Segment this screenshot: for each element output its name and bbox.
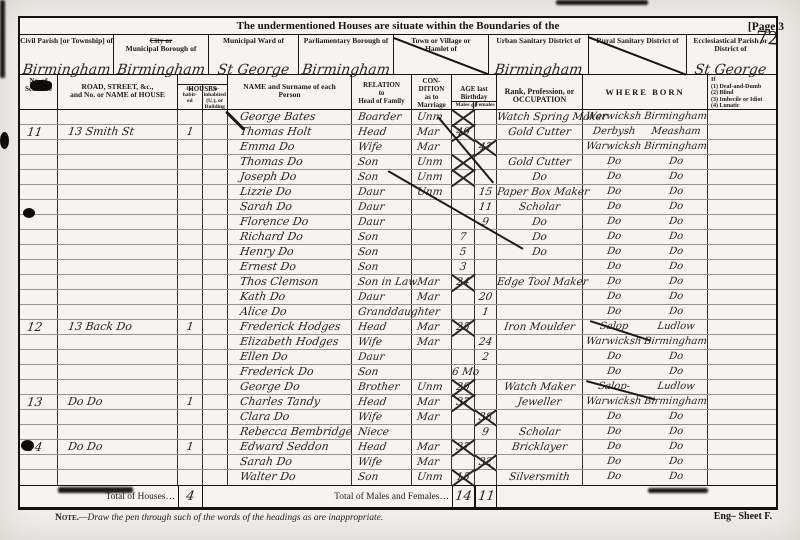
- cell-rel: Head: [352, 440, 412, 454]
- cell-rel: Head: [352, 125, 412, 139]
- cell-occ: [497, 335, 583, 349]
- col-age-header: AGE last Birthday of Males Females: [452, 75, 497, 109]
- cell-name: Charles Tandy: [228, 395, 352, 409]
- cell-road: [58, 425, 178, 439]
- cell-inhab: [178, 365, 203, 379]
- cell-rel: Boarder: [352, 110, 412, 124]
- municipal-ward-label: Municipal Ward of: [209, 37, 298, 45]
- cell-cond: Unm: [412, 155, 452, 169]
- cell-rel: Head: [352, 320, 412, 334]
- cell-agem: 6 Mo: [452, 365, 475, 379]
- cell-inf: [708, 230, 774, 244]
- ink-blot-schedule-header: [30, 80, 52, 91]
- cell-cond: [412, 350, 452, 364]
- footer-note-prefix: Note.: [55, 513, 79, 523]
- col-relation-header: RELATION to Head of Family: [352, 75, 412, 109]
- cell-cond: [412, 365, 452, 379]
- cell-name: George Do: [228, 380, 352, 394]
- cell-born: DoDo: [583, 185, 708, 199]
- cell-agem: 20: [452, 380, 475, 394]
- cell-agem: [452, 290, 475, 304]
- table-row: Rebecca BembridgeNiece9ScholarDoDo: [20, 425, 776, 440]
- cell-cond: Mar: [412, 410, 452, 424]
- cell-born: Salop-Ludlow: [583, 380, 708, 394]
- col-inhabited-header: In- habit- ed: [178, 84, 203, 109]
- cell-agem: 37: [452, 395, 475, 409]
- cell-occ: Bricklayer: [497, 440, 583, 454]
- cell-occ: Gold Cutter: [497, 155, 583, 169]
- table-row: Ernest DoSon3DoDo: [20, 260, 776, 275]
- cell-name: Frederick Do: [228, 365, 352, 379]
- cell-born: DoDo: [583, 275, 708, 289]
- ink-edge-bar: [0, 0, 5, 78]
- cell-agem: [452, 110, 475, 124]
- cell-name: Ellen Do: [228, 350, 352, 364]
- cell-agef: 24: [475, 335, 497, 349]
- cell-sched: 12: [20, 320, 58, 334]
- cell-agef: [475, 395, 497, 409]
- table-row: Sarah DoDaur11ScholarDoDo: [20, 200, 776, 215]
- table-row: Alice DoGranddaughter1DoDo: [20, 305, 776, 320]
- cell-road: [58, 305, 178, 319]
- cell-inhab: 1: [178, 320, 203, 334]
- table-row: George BatesBoarderUnmWatch Spring Maker…: [20, 110, 776, 125]
- cell-name: Thomas Holt: [228, 125, 352, 139]
- cell-occ: [497, 410, 583, 424]
- cell-name: Thomas Do: [228, 155, 352, 169]
- cell-occ: [497, 365, 583, 379]
- cell-agef: [475, 440, 497, 454]
- cell-agef: 47: [475, 140, 497, 154]
- cell-cond: Mar: [412, 455, 452, 469]
- cell-uninhab: [203, 215, 228, 229]
- cell-agem: [452, 185, 475, 199]
- rural-sanitary-label: Rural Sanitary District of: [589, 37, 686, 45]
- cell-sched: [20, 170, 58, 184]
- cell-born: DoDo: [583, 305, 708, 319]
- cell-agem: [452, 170, 475, 184]
- cell-cond: [412, 305, 452, 319]
- cell-born: DoDo: [583, 350, 708, 364]
- cell-sched: [20, 155, 58, 169]
- cell-road: [58, 275, 178, 289]
- table-row: George DoBrotherUnm20Watch MakerSalop-Lu…: [20, 380, 776, 395]
- cell-occ: [497, 290, 583, 304]
- ink-smudge: [58, 487, 133, 493]
- cell-occ: Scholar: [497, 200, 583, 214]
- cell-agef: [475, 110, 497, 124]
- cell-born: SalopLudlow: [583, 320, 708, 334]
- cell-name: Lizzie Do: [228, 185, 352, 199]
- cell-uninhab: [203, 305, 228, 319]
- cell-agem: [452, 410, 475, 424]
- cell-born: DerbyshMeasham: [583, 125, 708, 139]
- cell-inhab: [178, 230, 203, 244]
- cell-agem: 24: [452, 275, 475, 289]
- cell-inf: [708, 125, 774, 139]
- total-houses-value: 4: [178, 486, 203, 507]
- cell-cond: Unm: [412, 110, 452, 124]
- table-row: Clara DoWifeMar38DoDo: [20, 410, 776, 425]
- table-row: Lizzie DoDaurUnm15Paper Box MakerDoDo: [20, 185, 776, 200]
- cell-cond: Mar: [412, 440, 452, 454]
- cell-occ: Watch Spring Maker: [497, 110, 583, 124]
- table-body: George BatesBoarderUnmWatch Spring Maker…: [20, 110, 776, 485]
- cell-inf: [708, 410, 774, 424]
- table-row: 13Do Do1Charles TandyHeadMar37JewellerWa…: [20, 395, 776, 410]
- census-form: The undermentioned Houses are situate wi…: [18, 16, 778, 510]
- cell-cond: Mar: [412, 275, 452, 289]
- ink-blot: [23, 208, 35, 218]
- cell-sched: [20, 305, 58, 319]
- table-row: 14Do Do1Edward SeddonHeadMar37Bricklayer…: [20, 440, 776, 455]
- cell-sched: [20, 230, 58, 244]
- cell-road: [58, 140, 178, 154]
- cell-born: DoDo: [583, 425, 708, 439]
- cell-rel: Brother: [352, 380, 412, 394]
- cell-inf: [708, 260, 774, 274]
- town-hamlet-cell: Town or Village or Hamlet of: [394, 35, 489, 74]
- cell-inf: [708, 470, 774, 485]
- cell-road: 13 Smith St: [58, 125, 178, 139]
- cell-uninhab: [203, 245, 228, 259]
- civil-parish-label: Civil Parish [or Township] of: [20, 37, 113, 45]
- parliamentary-borough-label: Parliamentary Borough of: [299, 37, 393, 45]
- col-name-header: NAME and Surname of each Person: [228, 75, 352, 109]
- cell-name: Henry Do: [228, 245, 352, 259]
- cell-born: DoDo: [583, 290, 708, 304]
- urban-sanitary-cell: Urban Sanitary District of Birmingham: [489, 35, 589, 74]
- cell-inhab: [178, 380, 203, 394]
- cell-born: DoDo: [583, 365, 708, 379]
- total-persons-label: Total of Males and Females…: [228, 486, 452, 507]
- cell-road: [58, 455, 178, 469]
- cell-cond: Mar: [412, 320, 452, 334]
- cell-inhab: [178, 260, 203, 274]
- cell-inhab: [178, 170, 203, 184]
- census-scan-page: The undermentioned Houses are situate wi…: [0, 0, 800, 540]
- urban-sanitary-label: Urban Sanitary District of: [489, 37, 588, 45]
- cell-occ: Paper Box Maker: [497, 185, 583, 199]
- cell-cond: Mar: [412, 335, 452, 349]
- cell-cond: [412, 200, 452, 214]
- cell-uninhab: [203, 455, 228, 469]
- cell-agef: [475, 275, 497, 289]
- cell-rel: Niece: [352, 425, 412, 439]
- cell-agem: 7: [452, 230, 475, 244]
- cell-road: [58, 365, 178, 379]
- cell-uninhab: [203, 350, 228, 364]
- cell-inhab: [178, 140, 203, 154]
- cell-name: Kath Do: [228, 290, 352, 304]
- cell-sched: 11: [20, 125, 58, 139]
- cell-agem: [452, 335, 475, 349]
- cell-sched: 13: [20, 395, 58, 409]
- table-row: Thomas DoSonUnmGold CutterDoDo: [20, 155, 776, 170]
- cell-born: DoDo: [583, 455, 708, 469]
- cell-cond: Unm: [412, 380, 452, 394]
- table-header-row: No. of Schedule ROAD, STREET, &c., and N…: [20, 75, 776, 110]
- cell-uninhab: [203, 470, 228, 485]
- cell-sched: [20, 245, 58, 259]
- cell-occ: [497, 455, 583, 469]
- table-row: Thos ClemsonSon in LawMar24Edge Tool Mak…: [20, 275, 776, 290]
- cell-cond: Mar: [412, 140, 452, 154]
- cell-agef: [475, 380, 497, 394]
- cell-name: Sarah Do: [228, 455, 352, 469]
- footer-note: Note.—Draw the pen through such of the w…: [55, 513, 383, 523]
- cell-occ: Silversmith: [497, 470, 583, 485]
- cell-rel: Son: [352, 230, 412, 244]
- cell-cond: [412, 230, 452, 244]
- cell-occ: Edge Tool Maker: [497, 275, 583, 289]
- cell-sched: [20, 455, 58, 469]
- cell-rel: Daur: [352, 200, 412, 214]
- form-title-bar: The undermentioned Houses are situate wi…: [20, 18, 776, 35]
- cell-uninhab: [203, 200, 228, 214]
- cell-inhab: [178, 275, 203, 289]
- cell-inhab: [178, 245, 203, 259]
- cell-inf: [708, 380, 774, 394]
- cell-rel: Wife: [352, 140, 412, 154]
- cell-agef: [475, 125, 497, 139]
- district-header-row: Civil Parish [or Township] of Birmingham…: [20, 35, 776, 75]
- cell-name: George Bates: [228, 110, 352, 124]
- cell-sched: [20, 185, 58, 199]
- cell-sched: [20, 290, 58, 304]
- ink-blot: [0, 132, 9, 149]
- cell-agef: 1: [475, 305, 497, 319]
- cell-sched: [20, 425, 58, 439]
- cell-agem: [452, 305, 475, 319]
- cell-inhab: [178, 470, 203, 485]
- cell-born: DoDo: [583, 215, 708, 229]
- parliamentary-borough-cell: Parliamentary Borough of Birmingham: [299, 35, 394, 74]
- cell-sched: [20, 140, 58, 154]
- cell-uninhab: [203, 380, 228, 394]
- col-males-header: Males: [452, 101, 474, 109]
- table-row: Ellen DoDaur2DoDo: [20, 350, 776, 365]
- cell-inf: [708, 395, 774, 409]
- total-males-value: 14: [452, 486, 475, 507]
- cell-inhab: [178, 110, 203, 124]
- col-born-header: WHERE BORN: [583, 75, 708, 109]
- cell-rel: Wife: [352, 455, 412, 469]
- cell-cond: [412, 260, 452, 274]
- cell-occ: Do: [497, 245, 583, 259]
- cell-uninhab: [203, 230, 228, 244]
- cell-uninhab: [203, 425, 228, 439]
- margin-folio-number: 72: [755, 27, 779, 49]
- cell-sched: [20, 275, 58, 289]
- cell-name: Sarah Do: [228, 200, 352, 214]
- cell-inhab: [178, 290, 203, 304]
- cell-rel: Son: [352, 170, 412, 184]
- cell-agem: 37: [452, 440, 475, 454]
- municipal-ward-cell: Municipal Ward of St George: [209, 35, 299, 74]
- col-occupation-header: Rank, Profession, or OCCUPATION: [497, 75, 583, 109]
- cell-inhab: 1: [178, 125, 203, 139]
- col-infirmity-header: If (1) Deaf-and-Dumb (2) Blind (3) Imbec…: [708, 75, 774, 109]
- cell-inf: [708, 305, 774, 319]
- cell-name: Elizabeth Hodges: [228, 335, 352, 349]
- cell-born: DoDo: [583, 200, 708, 214]
- municipal-borough-cell: City orMunicipal Borough of Birmingham: [114, 35, 209, 74]
- cell-road: [58, 170, 178, 184]
- cell-name: Rebecca Bembridge: [228, 425, 352, 439]
- cell-occ: [497, 305, 583, 319]
- cell-rel: Son in Law: [352, 275, 412, 289]
- cell-agem: [452, 200, 475, 214]
- cell-uninhab: [203, 140, 228, 154]
- cell-agem: [452, 425, 475, 439]
- cell-born: DoDo: [583, 260, 708, 274]
- cell-road: 13 Back Do: [58, 320, 178, 334]
- cell-road: [58, 470, 178, 485]
- cell-agef: 15: [475, 185, 497, 199]
- town-hamlet-label: Town or Village or Hamlet of: [394, 37, 488, 53]
- cell-agem: 15: [452, 470, 475, 485]
- cell-uninhab: [203, 440, 228, 454]
- cell-sched: [20, 410, 58, 424]
- cell-agef: [475, 365, 497, 379]
- cell-inhab: 1: [178, 395, 203, 409]
- cell-road: [58, 335, 178, 349]
- cell-road: [58, 110, 178, 124]
- cell-inhab: 1: [178, 440, 203, 454]
- cell-inf: [708, 110, 774, 124]
- table-row: Kath DoDaurMar20DoDo: [20, 290, 776, 305]
- cell-rel: Daur: [352, 185, 412, 199]
- cell-inf: [708, 335, 774, 349]
- cell-agem: [452, 350, 475, 364]
- cell-agef: 2: [475, 350, 497, 364]
- cell-cond: Unm: [412, 170, 452, 184]
- cell-name: Joseph Do: [228, 170, 352, 184]
- cell-rel: Son: [352, 365, 412, 379]
- cell-uninhab: [203, 170, 228, 184]
- cell-road: Do Do: [58, 440, 178, 454]
- cell-agef: [475, 320, 497, 334]
- form-title: The undermentioned Houses are situate wi…: [237, 20, 560, 32]
- cell-agef: [475, 260, 497, 274]
- cell-occ: [497, 350, 583, 364]
- cell-occ: Jeweller: [497, 395, 583, 409]
- table-row: Emma DoWifeMar47WarwickshBirmingham: [20, 140, 776, 155]
- cell-agef: [475, 245, 497, 259]
- table-row: 1113 Smith St1Thomas HoltHeadMar49Gold C…: [20, 125, 776, 140]
- cell-uninhab: [203, 260, 228, 274]
- cell-cond: Mar: [412, 395, 452, 409]
- cell-born: DoDo: [583, 410, 708, 424]
- table-row: Walter DoSonUnm15SilversmithDoDo: [20, 470, 776, 485]
- cell-agef: 20: [475, 290, 497, 304]
- cell-name: Emma Do: [228, 140, 352, 154]
- cell-agem: 5: [452, 245, 475, 259]
- cell-name: Edward Seddon: [228, 440, 352, 454]
- cell-uninhab: [203, 410, 228, 424]
- cell-born: DoDo: [583, 440, 708, 454]
- cell-inf: [708, 425, 774, 439]
- cell-born: DoDo: [583, 245, 708, 259]
- cell-born: DoDo: [583, 155, 708, 169]
- cell-occ: Iron Moulder: [497, 320, 583, 334]
- cell-name: Clara Do: [228, 410, 352, 424]
- cell-inf: [708, 455, 774, 469]
- cell-cond: Mar: [412, 290, 452, 304]
- cell-inf: [708, 215, 774, 229]
- table-row: 1213 Back Do1Frederick HodgesHeadMar25Ir…: [20, 320, 776, 335]
- cell-inf: [708, 320, 774, 334]
- cell-agef: 38: [475, 410, 497, 424]
- cell-occ: Watch Maker: [497, 380, 583, 394]
- cell-inf: [708, 200, 774, 214]
- table-row: Henry DoSon5DoDoDo: [20, 245, 776, 260]
- cell-name: Alice Do: [228, 305, 352, 319]
- col-females-header: Females: [474, 101, 496, 109]
- cell-sched: [20, 470, 58, 485]
- cell-rel: Son: [352, 245, 412, 259]
- civil-parish-cell: Civil Parish [or Township] of Birmingham: [20, 35, 114, 74]
- cell-sched: [20, 260, 58, 274]
- table-row: Richard DoSon7DoDoDo: [20, 230, 776, 245]
- col-road-header: ROAD, STREET, &c., and No. or NAME of HO…: [58, 75, 178, 109]
- cell-sched: [20, 350, 58, 364]
- cell-cond: [412, 425, 452, 439]
- cell-agef: [475, 470, 497, 485]
- cell-inhab: [178, 215, 203, 229]
- total-females-value: 11: [475, 486, 497, 507]
- cell-road: [58, 260, 178, 274]
- cell-uninhab: [203, 185, 228, 199]
- cell-road: [58, 380, 178, 394]
- cell-agem: [452, 455, 475, 469]
- col-uninhabited-header: Un- inhabited (U.), or Building (B.): [203, 84, 228, 109]
- cell-road: [58, 410, 178, 424]
- cell-born: DoDo: [583, 470, 708, 485]
- table-row: Elizabeth HodgesWifeMar24WarwickshBirmin…: [20, 335, 776, 350]
- cell-rel: Daur: [352, 290, 412, 304]
- ink-streak: [556, 0, 648, 5]
- cell-rel: Head: [352, 395, 412, 409]
- cell-name: Frederick Hodges: [228, 320, 352, 334]
- cell-uninhab: [203, 335, 228, 349]
- cell-cond: [412, 245, 452, 259]
- cell-inhab: [178, 455, 203, 469]
- cell-sched: [20, 365, 58, 379]
- cell-rel: Daur: [352, 215, 412, 229]
- table-row: Sarah DoWifeMar32DoDo: [20, 455, 776, 470]
- cell-road: Do Do: [58, 395, 178, 409]
- cell-inf: [708, 245, 774, 259]
- cell-inf: [708, 170, 774, 184]
- cell-inhab: [178, 155, 203, 169]
- cell-inf: [708, 185, 774, 199]
- cell-inf: [708, 290, 774, 304]
- cell-road: [58, 155, 178, 169]
- cell-agem: 25: [452, 320, 475, 334]
- cell-inf: [708, 140, 774, 154]
- cell-road: [58, 350, 178, 364]
- cell-occ: [497, 260, 583, 274]
- col-houses-header: HOUSES In- habit- ed Un- inhabited (U.),…: [178, 75, 228, 109]
- cell-born: DoDo: [583, 230, 708, 244]
- cell-cond: Unm: [412, 470, 452, 485]
- cell-uninhab: [203, 125, 228, 139]
- table-row: Frederick DoSon6 MoDoDo: [20, 365, 776, 380]
- cell-name: Florence Do: [228, 215, 352, 229]
- table-row: Florence DoDaur9DoDoDo: [20, 215, 776, 230]
